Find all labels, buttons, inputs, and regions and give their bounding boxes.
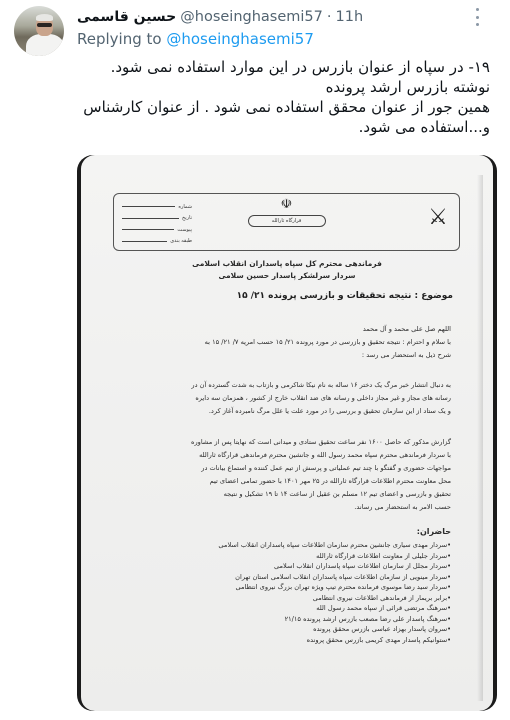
tweet-text-line: ۱۹- در سپاه از عنوان بازرس در این موارد …: [70, 57, 490, 77]
attendee-item: سردار مینویی از سازمان اطلاعات سپاه پاسد…: [218, 572, 451, 583]
reply-mention-link[interactable]: @hoseinghasemi57: [166, 30, 314, 48]
letterhead-emblem: ☫ قرارگاه ثارالله: [247, 198, 327, 227]
addressee-line: فرماندهی محترم کل سپاه پاسداران انقلاب ا…: [81, 258, 493, 270]
dot: [476, 23, 479, 26]
attendee-item: سردار جلیلی از معاونت اطلاعات قرارگاه ثا…: [218, 551, 451, 562]
tweet-text-line: همین جور از عنوان محقق استفاده نمی شود .…: [70, 97, 490, 117]
field-line: [122, 218, 179, 219]
replying-to-label: Replying to: [77, 30, 162, 48]
field-label: پیوست: [177, 227, 192, 233]
avatar-body-shape: [26, 34, 64, 56]
attendee-item: سردار مهدی سیاری جانشین محترم سازمان اطل…: [218, 540, 451, 551]
document-subject: موضوع : نتیجه تحقیقات و بازرسی پرونده ۲۱…: [237, 291, 453, 301]
field-label: شماره: [178, 204, 192, 210]
addressee-line: سردار سرلشکر پاسدار حسین سلامی: [81, 270, 493, 282]
tweet-media-image[interactable]: شماره تاریخ پیوست طبقه بندی: [77, 155, 497, 711]
letterhead-motto: قرارگاه ثارالله: [248, 215, 326, 227]
attendees-title: حاضران:: [417, 527, 451, 536]
tweet-header: حسین قاسمی @hoseinghasemi57 · 11h: [77, 7, 363, 27]
document-letterhead: شماره تاریخ پیوست طبقه بندی: [113, 193, 460, 251]
field-line: [122, 206, 175, 207]
paper-shadow: [477, 175, 483, 701]
doc-line: با سردار فرماندهی محترم سپاه محمد رسول ا…: [131, 449, 451, 462]
document-paper: شماره تاریخ پیوست طبقه بندی: [81, 155, 493, 711]
doc-line: تحقیق و بازرسی و اعضای تیم ۱۲ مسلم بن عق…: [131, 488, 451, 501]
letterhead-field: پیوست: [122, 225, 192, 234]
avatar[interactable]: [14, 6, 64, 56]
dot: [476, 8, 479, 11]
doc-line: حسب الامر به استحضار می رساند.: [131, 501, 451, 514]
letterhead-field: شماره: [122, 202, 192, 211]
letterhead-field: طبقه بندی: [122, 237, 192, 246]
author-handle[interactable]: @hoseinghasemi57: [180, 9, 323, 25]
dot: [476, 16, 479, 19]
iran-emblem-icon: ☫: [247, 198, 327, 212]
avatar-hair-shape: [36, 14, 53, 21]
avatar-glasses-shape: [37, 23, 52, 27]
attendee-item: سردار سید رضا موسوی فرمانده محترم تیپ وی…: [218, 582, 451, 593]
doc-line: اللهم صل علی محمد و آل محمد: [131, 323, 451, 336]
separator-dot: ·: [327, 9, 332, 25]
tweet[interactable]: حسین قاسمی @hoseinghasemi57 · 11h Replyi…: [0, 0, 510, 720]
attendee-item: ستوانیکم پاسدار مهدی کریمی بازرس محقق پر…: [218, 635, 451, 646]
doc-line: و یک ستاد از این سازمان تحقیق و بررسی را…: [131, 405, 451, 418]
attendee-item: سرهنگ پاسدار علی رضا مصعب بازرس ارشد پرو…: [218, 614, 451, 625]
irgc-logo-icon: ⚔: [425, 200, 451, 244]
attendees-list: سردار مهدی سیاری جانشین محترم سازمان اطل…: [218, 540, 451, 645]
replying-to: Replying to @hoseinghasemi57: [77, 30, 314, 48]
attendee-item: سرهنگ مرتضی قرائی از سپاه محمد رسول الله: [218, 603, 451, 614]
document-paragraph-one: به دنبال انتشار خبر مرگ یک دختر ۱۶ ساله …: [131, 379, 451, 418]
attendee-item: سروان پاسدار بهزاد عباسی بازرس محقق پرون…: [218, 624, 451, 635]
field-line: [122, 241, 167, 242]
tweet-text-line: نوشته بازرس ارشد پرونده: [70, 77, 490, 97]
doc-line: رسانه های مجاز و غیر مجاز داخلی و رسانه …: [131, 392, 451, 405]
author-display-name[interactable]: حسین قاسمی: [77, 9, 176, 25]
attendee-item: سردار مجلل از سازمان اطلاعات سپاه پاسدار…: [218, 561, 451, 572]
doc-line: مواجهات حضوری و گفتگو با چند تیم عملیاتی…: [131, 462, 451, 475]
document-addressee: فرماندهی محترم کل سپاه پاسداران انقلاب ا…: [81, 258, 493, 282]
letterhead-field: تاریخ: [122, 214, 192, 223]
doc-line: به دنبال انتشار خبر مرگ یک دختر ۱۶ ساله …: [131, 379, 451, 392]
tweet-timestamp[interactable]: 11h: [336, 9, 364, 25]
field-label: تاریخ: [182, 215, 192, 221]
field-label: طبقه بندی: [170, 238, 192, 244]
field-line: [122, 229, 174, 230]
document-salutation: اللهم صل علی محمد و آل محمد با سلام و اح…: [131, 323, 451, 362]
doc-line: با سلام و احترام : نتیجه تحقیق و بازرسی …: [131, 336, 451, 349]
tweet-text-line: و...استفاده می شود.: [70, 117, 490, 137]
more-options-icon[interactable]: [472, 8, 482, 26]
letterhead-fields: شماره تاریخ پیوست طبقه بندی: [122, 202, 192, 246]
document-paragraph-two: گزارش مذکور که حاصل ۱۶۰۰ نفر ساعت تحقیق …: [131, 436, 451, 514]
doc-line: گزارش مذکور که حاصل ۱۶۰۰ نفر ساعت تحقیق …: [131, 436, 451, 449]
doc-line: شرح ذیل به استحضار می رسد :: [131, 349, 451, 362]
attendee-item: برابر بریمار از فرماندهی اطلاعات نیروی ا…: [218, 593, 451, 604]
doc-line: محل معاونت محترم اطلاعات قرارگاه ثارالله…: [131, 475, 451, 488]
tweet-text: ۱۹- در سپاه از عنوان بازرس در این موارد …: [70, 57, 490, 137]
